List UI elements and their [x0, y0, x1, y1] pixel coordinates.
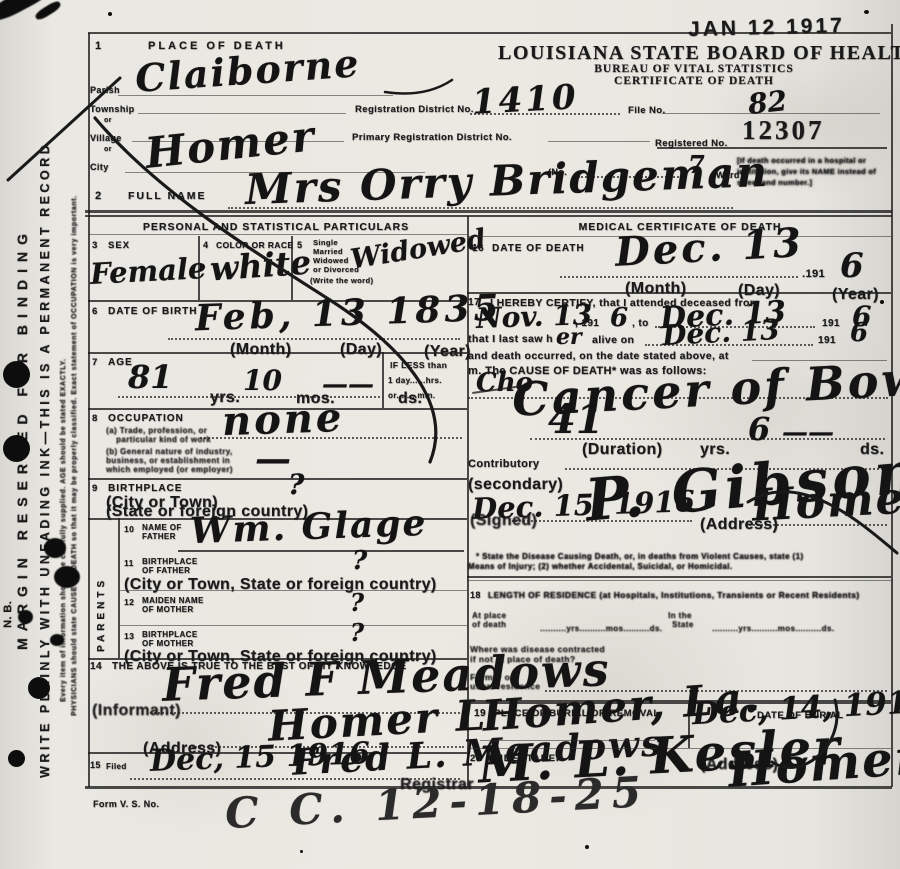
father-name-handwriting: Wm. Glage — [189, 502, 428, 552]
marital-number: 5 — [297, 240, 302, 250]
parish-flourish — [385, 80, 452, 94]
occupation-b-label-3: which employed (or employer) — [106, 465, 233, 474]
residence-in-label-2: State — [672, 620, 694, 629]
certify-line-3: and death occurred, on the date stated a… — [468, 350, 729, 362]
sign-address-line — [745, 524, 887, 526]
age-number: 7 — [92, 357, 98, 368]
margin-instructions-line1: Every item of information should be care… — [60, 359, 67, 702]
certify-to-caption: , to — [632, 318, 649, 329]
father-label-1: NAME OF — [142, 523, 182, 532]
occupation-b-label-2: business, or establishment in — [106, 456, 230, 465]
duration-value-handwriting: 41 — [548, 396, 604, 443]
birthplace-number: 9 — [92, 483, 98, 494]
double-rule-bottom — [85, 215, 892, 217]
occupation-a-label-1: (a) Trade, profession, or — [106, 426, 207, 435]
primary-registration-line — [548, 141, 650, 142]
full-name-label: FULL NAME — [128, 190, 206, 202]
margin-nb-text: N. B. — [2, 601, 14, 628]
certify-191b: 191 — [822, 318, 840, 329]
maiden-label-2: OF MOTHER — [142, 605, 194, 614]
occupation-b-label-1: (b) General nature of industry, — [106, 447, 233, 456]
last-saw-year-handwriting: 6 — [850, 318, 868, 348]
ifless-label-1: IF LESS than — [390, 360, 447, 370]
marital-hint: (Write the word) — [310, 276, 373, 285]
margin-instructions-line2: PHYSICIANS should state CAUSE OF DEATH s… — [71, 195, 78, 716]
speck — [880, 300, 884, 304]
maiden-line — [120, 625, 467, 626]
father-label-2: FATHER — [142, 532, 176, 541]
org-title: LOUISIANA STATE BOARD OF HEALTH — [498, 42, 890, 65]
footnote-rule-1 — [467, 576, 891, 578]
speck — [300, 850, 303, 853]
village-label: Village — [90, 133, 122, 143]
contributory-label: Contributory — [468, 458, 539, 470]
township-line — [138, 113, 346, 114]
contracted-question-1: Where was disease contracted — [470, 644, 605, 654]
ink-blot — [44, 538, 66, 558]
section1-number: 1 — [95, 40, 102, 52]
dod-label: DATE OF DEATH — [492, 243, 585, 254]
ink-blot — [18, 610, 33, 624]
marital-option-single: Single — [313, 238, 338, 247]
form-number-caption: Form V. S. No. — [93, 799, 159, 809]
footnote-line-1: * State the Disease Causing Death, or, i… — [476, 552, 804, 561]
mother-bp-number: 13 — [124, 631, 134, 641]
father-bp-sub: (City or Town, State or foreign country) — [124, 576, 437, 594]
registration-district-value: 1410 — [471, 77, 580, 123]
attest-number: 14 — [90, 661, 102, 672]
dob-label: DATE OF BIRTH — [108, 306, 197, 317]
hole-punch — [28, 677, 50, 699]
residence-in-label-1: In the — [668, 611, 692, 620]
dob-value-handwriting: Feb, 13 1835 — [194, 287, 503, 340]
father-bp-label-1: BIRTHPLACE — [142, 557, 198, 566]
residence-dots-2: ..........yrs..........mos..........ds. — [712, 624, 834, 633]
primary-registration-label: Primary Registration District No. — [352, 132, 512, 143]
speck — [108, 12, 112, 16]
father-bp-value-handwriting: ? — [352, 546, 367, 576]
last-saw-date-handwriting: Dec. 13 — [661, 313, 780, 352]
father-bp-number: 11 — [124, 558, 134, 568]
personal-section-title: PERSONAL AND STATISTICAL PARTICULARS — [85, 221, 467, 233]
footnote-line-2: Means of Injury; (2) whether Accidental,… — [468, 562, 732, 571]
father-bp-label-2: OF FATHER — [142, 566, 190, 575]
duration-months-handwriting: 6 — [748, 410, 770, 448]
occupation-label: OCCUPATION — [108, 413, 184, 424]
duration-dash-handwriting: —— — [782, 418, 834, 448]
mother-bp-value-handwriting: ? — [350, 618, 364, 647]
occupation-b-dash-handwriting: — — [255, 438, 291, 480]
father-number: 10 — [124, 524, 134, 534]
file-no-label: File No. — [628, 105, 666, 116]
age-years-handwriting: 81 — [128, 358, 173, 396]
dod-year-prefix: .191 — [802, 268, 825, 280]
age-ifless-divider — [382, 352, 384, 408]
footnote-rule-2 — [467, 580, 891, 581]
registration-district-label: Registration District No. — [355, 104, 474, 115]
sign-address-handwriting: Homer — [751, 471, 900, 531]
parents-vertical-label: PARENTS — [96, 577, 107, 652]
death-certificate-scan: MARGIN RESERVED FOR BINDING WRITE PLAINL… — [0, 0, 900, 869]
residence-at-label-2: of death — [472, 620, 506, 629]
occupation-bottom-line — [88, 478, 467, 480]
or-label-1: or — [104, 117, 112, 124]
certify-191c: 191 — [818, 335, 836, 346]
age-months-handwriting: 10 — [243, 364, 282, 397]
ink-blot — [50, 634, 64, 646]
maiden-number: 12 — [124, 597, 134, 607]
sex-number: 3 — [92, 240, 98, 251]
dod-year-handwriting: 6 — [840, 246, 864, 286]
filed-caption: Filed — [106, 762, 127, 771]
residence-number: 18 — [470, 590, 481, 600]
occupation-a-line — [200, 437, 462, 439]
mother-bp-label-2: OF MOTHER — [142, 639, 194, 648]
dob-month-caption: (Month) — [230, 341, 291, 359]
dod-value-handwriting: Dec. 13 — [614, 219, 805, 276]
sex-value-handwriting: Female — [89, 251, 207, 291]
mother-bp-label-1: BIRTHPLACE — [142, 630, 198, 639]
hole-punch — [3, 435, 30, 462]
filed-number: 15 — [90, 760, 101, 770]
ink-blot — [54, 566, 80, 588]
race-number: 4 — [203, 240, 208, 250]
sex-race-divider — [198, 236, 200, 300]
dob-bottom-line — [88, 352, 467, 354]
father-bp-line — [120, 590, 467, 591]
ifless-label-3: or........min. — [388, 391, 435, 400]
dod-month-caption: (Month) — [625, 280, 686, 298]
residence-dots-1: ..........yrs..........mos..........ds. — [540, 624, 662, 633]
maiden-label-1: MAIDEN NAME — [142, 596, 204, 605]
received-date-stamp: JAN 12 1917 — [688, 14, 845, 42]
dod-bottom-line — [467, 292, 891, 294]
birthplace-value-handwriting: ? — [288, 468, 304, 501]
residence-at-label-1: At place — [472, 611, 506, 620]
residence-label: LENGTH OF RESIDENCE (at Hospitals, Insti… — [488, 590, 860, 600]
dob-number: 6 — [92, 306, 98, 317]
dod-number: 16 — [472, 243, 484, 254]
or-label-2: or — [104, 146, 112, 153]
section2-number: 2 — [95, 190, 102, 202]
township-label: Township — [90, 104, 135, 114]
sex-label: SEX — [108, 240, 130, 251]
duration-caption: (Duration) — [582, 441, 662, 459]
parish-label: Parish — [90, 85, 120, 95]
hole-punch — [8, 750, 25, 767]
birthplace-label: BIRTHPLACE — [108, 483, 182, 494]
occupation-a-label-2: particular kind of work — [116, 435, 211, 444]
from-year-handwriting: 6 — [610, 303, 628, 333]
full-name-handwriting: Mrs Orry Bridgeman — [244, 147, 769, 214]
corner-smudge — [34, 0, 63, 22]
occupation-number: 8 — [92, 413, 98, 424]
registered-no-value: 12307 — [742, 115, 825, 146]
bureau-title: BUREAU OF VITAL STATISTICS — [498, 63, 890, 75]
parents-divider — [118, 518, 120, 658]
speck — [864, 10, 869, 14]
contracted-question-2: if not at place of death? — [470, 654, 575, 664]
dod-line — [560, 276, 798, 278]
race-marital-divider — [291, 236, 293, 300]
marital-option-married: Married — [313, 247, 343, 256]
father-line — [178, 550, 464, 552]
dob-line — [168, 338, 460, 340]
city-label: City — [90, 162, 109, 172]
double-rule-top — [85, 210, 892, 213]
dob-day-caption: (Day) — [340, 341, 382, 359]
alive-on-caption: alive on — [592, 334, 634, 346]
speck — [585, 845, 589, 849]
hole-punch — [3, 361, 30, 388]
ifless-label-2: 1 day......hrs. — [388, 376, 442, 385]
her-handwriting: er — [556, 324, 582, 350]
certify-line-2: that I last saw h — [468, 333, 553, 345]
maiden-value-handwriting: ? — [350, 588, 364, 617]
form-left-border — [88, 33, 90, 787]
marital-option-widowed: Widowed — [313, 256, 349, 265]
